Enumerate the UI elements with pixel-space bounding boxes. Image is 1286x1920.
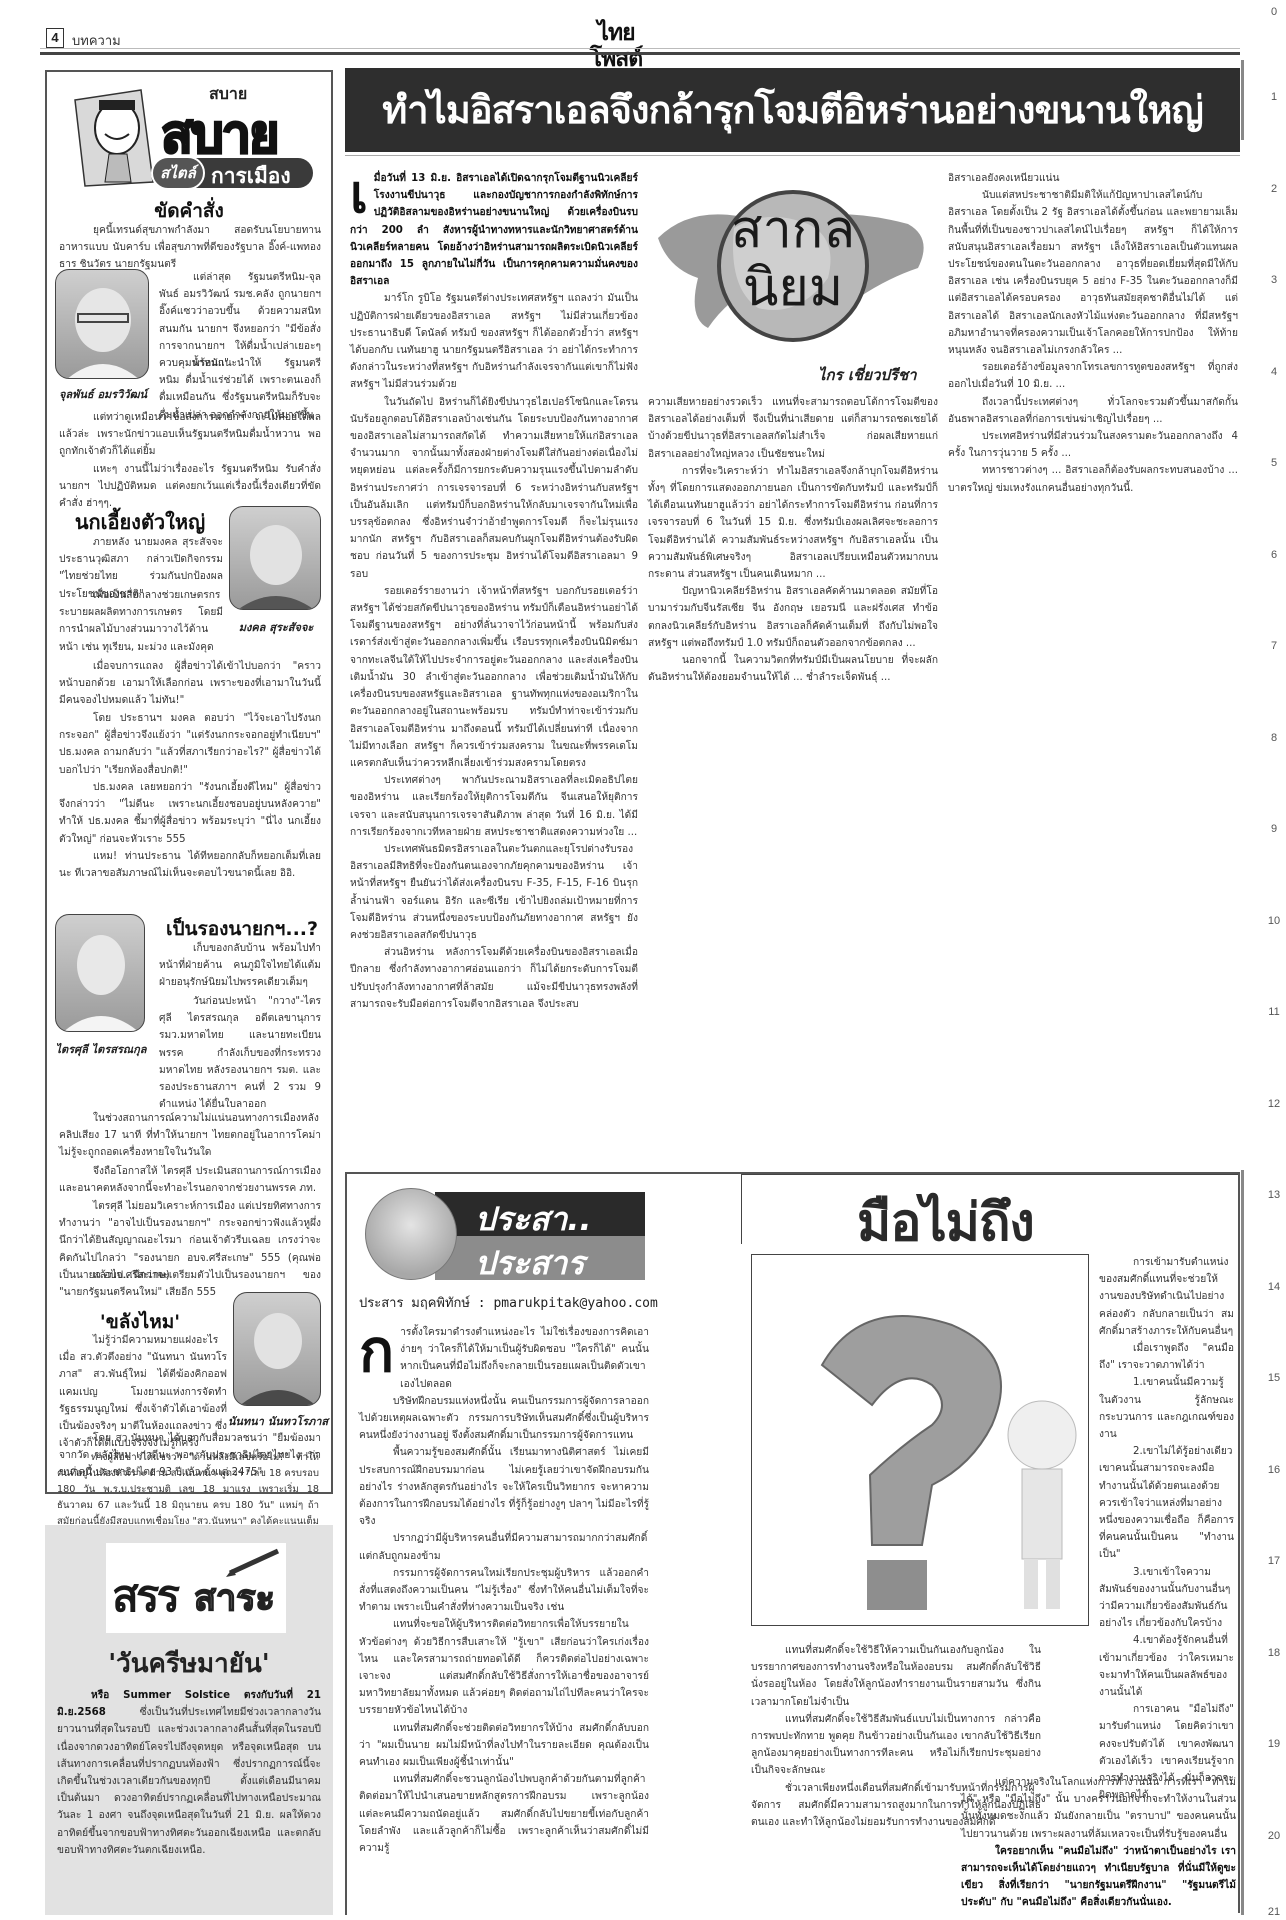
ruler-mark: 12 <box>1262 1098 1286 1110</box>
photo-caption: มงคล สุระสัจจะ <box>221 618 331 636</box>
ruler-mark: 17 <box>1262 1555 1286 1567</box>
sansara-logo-b: สาระ <box>194 1569 275 1626</box>
page-header: 4 บทความ ไทยโพสต์ อิสรภาพแห่งความคิด <box>40 22 1240 56</box>
photo-caption: นันทนา นันทวโรภาส <box>223 1412 333 1430</box>
story-paragraph: เก็บของกลับบ้าน พร้อมไปทำหน้าที่ฝ่ายค้าน… <box>159 940 321 992</box>
ruler-bar-top <box>1241 60 1244 140</box>
ruler-mark: 16 <box>1262 1464 1286 1476</box>
header-rule <box>40 52 1240 55</box>
story-paragraph: แหะๆ งานนี้ไม่ว่าเรื่องอะไร รัฐมนตรีหนิม… <box>59 461 321 513</box>
story-paragraph: วันก่อนปะหน้า "กวาง"-ไตรศุลี ไตรสรณกุล อ… <box>159 993 321 1113</box>
author-byline: ไกร เชี่ยวปรีชา <box>818 363 917 387</box>
portrait-image <box>234 1293 321 1406</box>
author-avatar <box>365 1188 457 1280</box>
main-article-col3: อิสราเอลยังคงเหนียวแน่น นับแต่สหประชาชาต… <box>948 170 1238 497</box>
page-number: 4 <box>46 28 64 48</box>
bottom-clip <box>347 1913 1240 1920</box>
main-headline-bar: ทำไมอิสราเอลจึงกล้ารุกโจมตีอิหร่านอย่างข… <box>345 68 1240 152</box>
text-clip-col1 <box>345 1148 645 1170</box>
prasa-prasarn-article: ประสา.. ประสาร ประสาร มฤคพิทักษ์ : pmaru… <box>345 1172 1240 1915</box>
author-email: ประสาร มฤคพิทักษ์ : pmarukpitak@yahoo.co… <box>359 1292 658 1313</box>
sansara-logo-a: สรร <box>112 1561 177 1631</box>
ruler-mark: 9 <box>1262 823 1286 835</box>
prasa-prasarn-logo: ประสา.. ประสาร <box>365 1192 635 1282</box>
bottom-col1: การตั้งใครมาดำรงตำแหน่งอะไร ไม่ใช่เรื่อง… <box>359 1324 649 1857</box>
sansara-box: สรร สาระ 'วันครีษมายัน' หรือ Summer Sols… <box>45 1525 333 1915</box>
story-paragraph: ยุคนี้เทรนด์สุขภาพกำลังมา สอดรับนโยบายทา… <box>59 222 321 274</box>
text-clip-col3 <box>945 1148 1240 1170</box>
masthead-name: ไทยโพสต์ <box>572 20 660 72</box>
story-paragraph: ในช่วงสถานการณ์ความไม่แน่นอนทางการเมืองห… <box>59 1110 321 1162</box>
header-rule-thin <box>40 48 1240 49</box>
ruler-mark: 4 <box>1262 366 1286 378</box>
niyom-text: นิยม <box>648 260 938 316</box>
logo-politics-text: การเมือง <box>211 160 291 193</box>
logo-line2: ประสาร <box>475 1238 584 1289</box>
ruler-mark: 10 <box>1262 915 1286 927</box>
sakon-niyom-logo: สากล นิยม <box>648 168 938 358</box>
ruler-mark: 5 <box>1262 457 1286 469</box>
drop-cap: ก <box>359 1326 394 1376</box>
photo-nanthana <box>233 1292 321 1406</box>
ruler-mark: 2 <box>1262 183 1286 195</box>
photo-caption: ไตรศุลี ไตรสรณกุล <box>47 1040 155 1058</box>
main-article-col2: ความเสียหายอย่างรวดเร็ว แทนที่จะสามารถตอ… <box>648 394 938 686</box>
sansara-logo: สรร สาระ <box>106 1543 286 1633</box>
ruler-mark: 19 <box>1262 1738 1286 1750</box>
story-paragraph: แหม! ท่านประธาน ได้ทีหยอกกลับก็หยอกเต็มท… <box>59 848 321 882</box>
story-paragraph: จึงถือโอกาสให้ ไตรศุลี ประเมินสถานการณ์ก… <box>59 1163 321 1197</box>
story-paragraph: โดย ประธานฯ มงคล ตอบว่า "ไว้จะเอาไปรังนก… <box>59 710 321 779</box>
ruler-mark: 6 <box>1262 549 1286 561</box>
photo-mongkol <box>229 506 321 610</box>
portrait-image <box>56 270 149 379</box>
ruler-mark: 14 <box>1262 1281 1286 1293</box>
ruler-mark: 7 <box>1262 640 1286 652</box>
sabai-style-logo: สบาย สบาย สไตล์ การเมือง <box>69 82 313 190</box>
photo-traisulee <box>55 914 145 1032</box>
ruler-mark: 0 <box>1262 6 1286 18</box>
pencil-icon <box>224 1547 284 1577</box>
sansara-lead: หรือ Summer Solstice ตรงกับวันที่ 21 มิ.… <box>57 1687 321 1859</box>
sabai-style-column: สบาย สบาย สไตล์ การเมือง ขัดคำสั่ง ยุคนี… <box>45 70 333 1494</box>
ruler-mark: 3 <box>1262 274 1286 286</box>
question-mark-figure <box>751 1254 1089 1626</box>
sansara-title: 'วันครีษมายัน' <box>45 1643 333 1684</box>
ruler-mark: 11 <box>1262 1006 1286 1018</box>
logo-style-badge: สไตล์ <box>151 156 205 190</box>
story-paragraph: เพื่อเป็นสื่อกลางช่วยเกษตรกรระบายผลผลิตท… <box>59 587 223 656</box>
ruler-bar-bottom <box>1241 1170 1244 1915</box>
ruler-mark: 1 <box>1262 91 1286 103</box>
photo-julapun <box>55 269 149 379</box>
story-paragraph: ปธ.มงคล เลยหยอกว่า "รังนกเอี้ยงดีไหม" ผู… <box>59 779 321 848</box>
portrait-image <box>56 915 145 1032</box>
ruler-mark: 13 <box>1262 1189 1286 1201</box>
headline-rule <box>345 155 1240 156</box>
article-title: มือไม่ถึง <box>857 1180 1034 1263</box>
ruler-mark: 20 <box>1262 1830 1286 1842</box>
text-clip-col2 <box>645 1148 945 1170</box>
portrait-image <box>230 507 321 610</box>
sakon-text: สากล <box>648 202 938 258</box>
drop-cap: เ <box>350 172 368 218</box>
ruler-mark: 18 <box>1262 1647 1286 1659</box>
question-mark-illustration <box>752 1255 1089 1626</box>
ruler-mark: 8 <box>1262 732 1286 744</box>
photo-caption: จุลพันธ์ อมรวิวัฒน์ <box>47 385 159 403</box>
page-ruler: 0 1 2 3 4 5 6 7 8 9 10 11 12 13 14 15 16… <box>1262 0 1286 1920</box>
ruler-mark: 21 <box>1262 1906 1286 1918</box>
main-headline: ทำไมอิสราเอลจึงกล้ารุกโจมตีอิหร่านอย่างข… <box>345 88 1240 132</box>
story-paragraph: แต่ทว่าดูเหมือนว่าข้อสั่งการนายกฯ จะไม่ค… <box>59 409 321 461</box>
ruler-mark: 15 <box>1262 1372 1286 1384</box>
bottom-col3: การเข้ามารับตำแหน่งของสมศักดิ์แทนที่จะช่… <box>1099 1254 1234 1805</box>
story-paragraph: เมื่อจบการแถลง ผู้สื่อข่าวได้เข้าไปบอกว่… <box>59 658 321 710</box>
bottom-col3-continued: แต่ความจริงในโลกแห่งการทำงานนั้น การที่เ… <box>961 1774 1236 1912</box>
main-article-col1: เมื่อวันที่ 13 มิ.ย. อิสราเอลได้เปิดฉากร… <box>350 170 638 1013</box>
